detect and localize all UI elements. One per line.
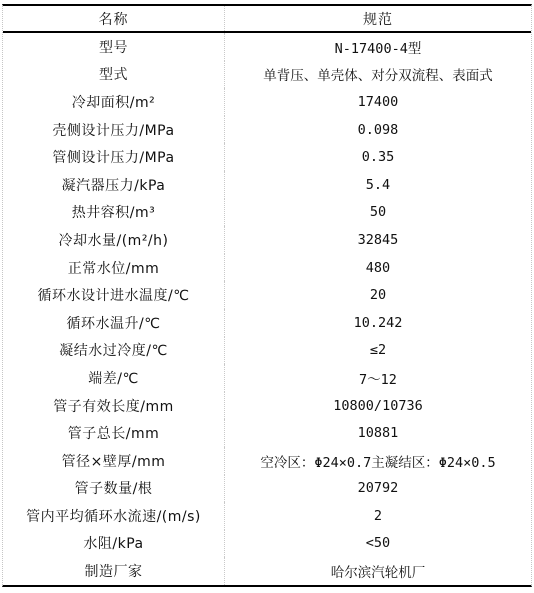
row-value-cell: 哈尔滨汽轮机厂 (225, 557, 531, 585)
row-name-cell: 冷却水量/(m²/h) (3, 226, 225, 254)
row-value-cell: 2 (225, 502, 531, 530)
row-value-cell: 0.35 (225, 143, 531, 171)
row-name-cell: 管子总长/mm (3, 419, 225, 447)
table-row: 凝汽器压力/kPa 5.4 (3, 171, 531, 199)
row-value-cell: N-17400-4型 (225, 33, 531, 61)
row-name-cell: 循环水设计进水温度/℃ (3, 281, 225, 309)
row-value-cell: 0.098 (225, 116, 531, 144)
row-name-cell: 正常水位/mm (3, 254, 225, 282)
row-name-cell: 水阻/kPa (3, 530, 225, 558)
table-row: 冷却水量/(m²/h) 32845 (3, 226, 531, 254)
row-value-cell: 17400 (225, 88, 531, 116)
table-row: 凝结水过冷度/℃ ≤2 (3, 337, 531, 365)
row-value-cell: 10.242 (225, 309, 531, 337)
row-name-cell: 型号 (3, 33, 225, 61)
row-value-cell: 10800/10736 (225, 392, 531, 420)
table-row: 管子总长/mm 10881 (3, 419, 531, 447)
row-name-cell: 冷却面积/m² (3, 88, 225, 116)
row-value-cell: 20792 (225, 475, 531, 503)
table-row: 管侧设计压力/MPa 0.35 (3, 143, 531, 171)
row-value-cell: 7～12 (225, 364, 531, 392)
table-row: 管内平均循环水流速/(m/s) 2 (3, 502, 531, 530)
table-row: 热井容积/m³ 50 (3, 199, 531, 227)
row-value-cell: ≤2 (225, 337, 531, 365)
row-value-cell: 480 (225, 254, 531, 282)
row-value-cell: 20 (225, 281, 531, 309)
row-name-cell: 管侧设计压力/MPa (3, 143, 225, 171)
table-header-row: 名称 规范 (3, 6, 531, 33)
row-value-cell: 单背压、单壳体、对分双流程、表面式 (225, 61, 531, 89)
table-row: 正常水位/mm 480 (3, 254, 531, 282)
table-row: 制造厂家 哈尔滨汽轮机厂 (3, 557, 531, 585)
table-row: 冷却面积/m² 17400 (3, 88, 531, 116)
row-name-cell: 热井容积/m³ (3, 199, 225, 227)
table-row: 循环水设计进水温度/℃ 20 (3, 281, 531, 309)
row-value-cell: 10881 (225, 419, 531, 447)
header-name-cell: 名称 (3, 6, 225, 31)
table-row: 管子数量/根 20792 (3, 475, 531, 503)
table-row: 循环水温升/℃ 10.242 (3, 309, 531, 337)
row-name-cell: 端差/℃ (3, 364, 225, 392)
row-value-cell: <50 (225, 530, 531, 558)
header-spec-cell: 规范 (225, 6, 531, 31)
row-name-cell: 管内平均循环水流速/(m/s) (3, 502, 225, 530)
spec-table: 名称 规范 型号 N-17400-4型 型式 单背压、单壳体、对分双流程、表面式… (2, 4, 532, 587)
table-row: 端差/℃ 7～12 (3, 364, 531, 392)
row-name-cell: 管子有效长度/mm (3, 392, 225, 420)
table-row: 水阻/kPa <50 (3, 530, 531, 558)
row-name-cell: 循环水温升/℃ (3, 309, 225, 337)
row-value-cell: 32845 (225, 226, 531, 254)
row-value-cell: 5.4 (225, 171, 531, 199)
table-row: 管径×壁厚/mm 空冷区：Φ24×0.7主凝结区：Φ24×0.5 (3, 447, 531, 475)
row-value-cell: 空冷区：Φ24×0.7主凝结区：Φ24×0.5 (225, 447, 531, 475)
row-name-cell: 制造厂家 (3, 557, 225, 585)
row-name-cell: 壳侧设计压力/MPa (3, 116, 225, 144)
row-value-cell: 50 (225, 199, 531, 227)
table-row: 型式 单背压、单壳体、对分双流程、表面式 (3, 61, 531, 89)
table-row: 管子有效长度/mm 10800/10736 (3, 392, 531, 420)
table-row: 型号 N-17400-4型 (3, 33, 531, 61)
row-name-cell: 管径×壁厚/mm (3, 447, 225, 475)
row-name-cell: 型式 (3, 61, 225, 89)
row-name-cell: 凝结水过冷度/℃ (3, 337, 225, 365)
row-name-cell: 凝汽器压力/kPa (3, 171, 225, 199)
row-name-cell: 管子数量/根 (3, 475, 225, 503)
table-row: 壳侧设计压力/MPa 0.098 (3, 116, 531, 144)
